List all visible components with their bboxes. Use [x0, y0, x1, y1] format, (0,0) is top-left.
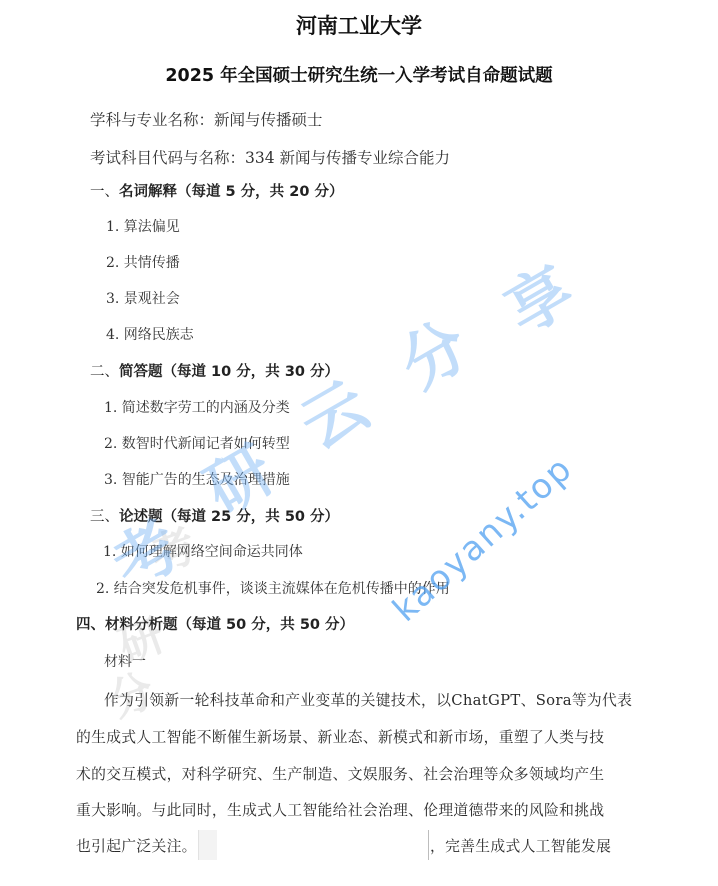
exam-title: 2025 年全国硕士研究生统一入学考试自命题试题 [0, 62, 718, 87]
section-title: 论述题 [119, 509, 163, 525]
section-title: 名词解释 [119, 184, 177, 200]
course-line: 考试科目代码与名称：334 新闻与传播专业综合能力 [90, 146, 450, 168]
course-label: 考试科目代码与名称： [90, 149, 245, 167]
section-heading-1: 一、名词解释（每道 5 分，共 20 分） [90, 180, 343, 201]
subject-label: 学科与专业名称： [90, 111, 214, 129]
question-item: 2. 共情传播 [106, 252, 180, 272]
question-item: 1. 简述数字劳工的内涵及分类 [104, 397, 290, 417]
subject-value: 新闻与传播硕士 [214, 111, 323, 129]
question-item: 2. 结合突发危机事件，谈谈主流媒体在危机传播中的作用 [96, 578, 450, 598]
material-label: 材料一 [104, 651, 146, 671]
paragraph-line: 作为引领新一轮科技革命和产业变革的关键技术，以ChatGPT、Sora等为代表 [104, 689, 632, 710]
watermark-char: 分 [381, 295, 482, 407]
question-item: 1. 算法偏见 [106, 216, 180, 236]
section-heading-2: 二、简答题（每道 10 分，共 30 分） [90, 360, 339, 381]
section-heading-4: 四、材料分析题（每道 50 分，共 50 分） [76, 613, 354, 634]
question-item: 3. 景观社会 [106, 288, 180, 308]
paragraph-line: 术的交互模式，对科学研究、生产制造、文娱服务、社会治理等众多领域均产生 [76, 763, 604, 784]
section-title: 材料分析题 [105, 617, 178, 633]
question-item: 3. 智能广告的生态及治理措施 [104, 469, 290, 489]
university-name: 河南工业大学 [0, 10, 718, 40]
paragraph-line: 也引起广泛关注。 [76, 835, 197, 856]
exam-page: 河南工业大学 2025 年全国硕士研究生统一入学考试自命题试题 学科与专业名称：… [0, 0, 718, 886]
section-score: （每道 10 分，共 30 分） [163, 364, 340, 380]
section-score: （每道 5 分，共 20 分） [177, 184, 343, 200]
question-item: 2. 数智时代新闻记者如何转型 [104, 433, 290, 453]
subject-line: 学科与专业名称：新闻与传播硕士 [90, 108, 323, 130]
watermark-url: kaoyany.top [385, 448, 580, 630]
section-title: 简答题 [119, 364, 163, 380]
paragraph-line-tail: ，完善生成式人工智能发展 [430, 835, 611, 856]
section-score: （每道 50 分，共 50 分） [178, 617, 355, 633]
section-number: 二、 [90, 364, 119, 380]
section-number: 三、 [90, 509, 119, 525]
section-score: （每道 25 分，共 50 分） [163, 509, 340, 525]
course-value: 334 新闻与传播专业综合能力 [245, 149, 450, 167]
section-heading-3: 三、论述题（每道 25 分，共 50 分） [90, 505, 339, 526]
watermark-char: 享 [486, 240, 587, 352]
section-number: 一、 [90, 184, 119, 200]
question-item: 4. 网络民族志 [106, 324, 194, 344]
redaction-edge [428, 830, 429, 860]
paragraph-line: 重大影响。与此同时，生成式人工智能给社会治理、伦理道德带来的风险和挑战 [76, 799, 604, 820]
redacted-region [198, 830, 217, 860]
paragraph-line: 的生成式人工智能不断催生新场景、新业态、新模式和新市场，重塑了人类与技 [76, 726, 604, 747]
section-number: 四、 [76, 617, 105, 633]
question-item: 1. 如何理解网络空间命运共同体 [103, 541, 303, 561]
